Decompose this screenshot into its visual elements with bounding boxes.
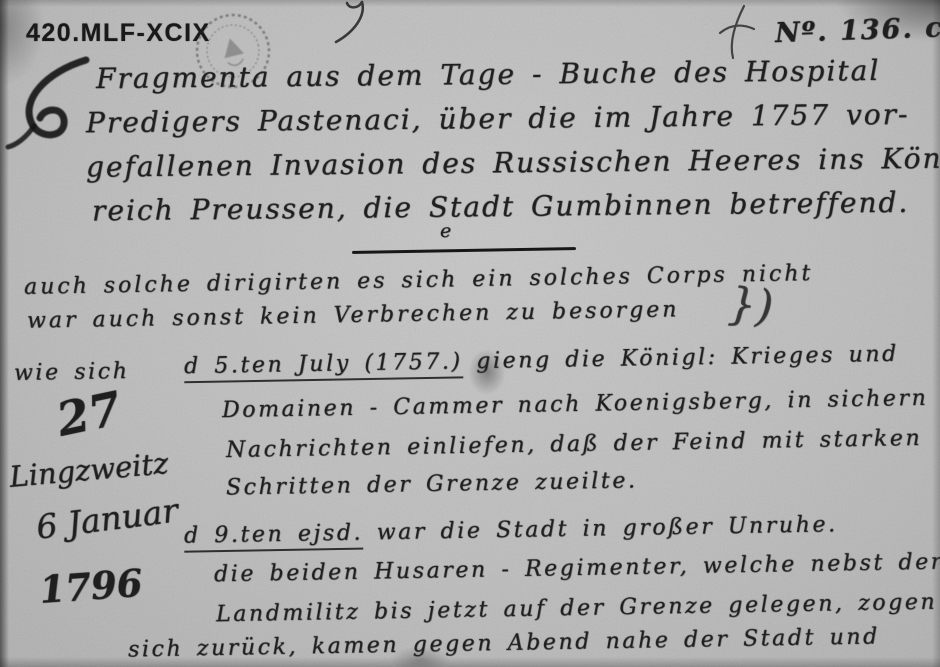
margin-note-place: Lingzweitz (8, 446, 170, 494)
entry2-line-4: sich zurück, kamen gegen Abend nahe der … (128, 624, 880, 662)
brace-flourish: }) (726, 278, 775, 332)
archive-code-label: 420.MLF-XCIX (26, 19, 211, 48)
document-number: Nº. 136. c. (775, 12, 940, 49)
entry1-date: d 5.ten July (1757.) (184, 349, 463, 383)
pen-flourish-icon (318, 0, 378, 52)
manuscript-scan: 420.MLF-XCIX Nº. 136. c. Fragmenta aus d… (0, 0, 940, 667)
entry2-line-1-rest: war die Stadt in großer Unruhe. (377, 512, 838, 545)
margin-note-date: 6 Januar (34, 491, 180, 547)
entry1-line-4: Schritten der Grenze zueilte. (226, 468, 638, 500)
margin-note-year: 1796 (38, 561, 144, 612)
heading-line-4: reich Preussen, die Stadt Gumbinnen betr… (92, 186, 910, 228)
heading-underline (352, 247, 576, 254)
entry2-date: d 9.ten ejsd. (184, 521, 364, 553)
body-intro-line-1: auch solche dirigirten es sich ein solch… (24, 261, 814, 300)
entry2-line-3: Landmilitz bis jetzt auf der Grenze gele… (216, 590, 938, 628)
entry2-line-1: d 9.ten ejsd. war die Stadt in großer Un… (184, 512, 838, 548)
entry1-line-2: Domainen - Cammer nach Koenigsberg, in s… (222, 386, 929, 423)
heading-line-3: gefallenen Invasion des Russischen Heere… (86, 141, 940, 183)
body-intro-line-2: war auch sonst kein Verbrechen zu besorg… (27, 297, 680, 333)
entry1-line-1-rest: gieng die Königl: Krieges und (476, 342, 899, 374)
heading-line-2: Predigers Pastenaci, über die im Jahre 1… (86, 98, 910, 140)
entry1-line-1: d 5.ten July (1757.) gieng die Königl: K… (184, 342, 899, 379)
initial-flourish-icon (4, 50, 99, 155)
check-flourish-icon (712, 2, 764, 62)
rule-flourish-mark: e (440, 220, 451, 242)
heading-line-1: Fragmenta aus dem Tage - Buche des Hospi… (96, 54, 881, 95)
margin-note-number: 27 (52, 381, 126, 447)
entry2-line-2: die beiden Husaren - Regimenter, welche … (214, 550, 940, 588)
entry1-line-3: Nachrichten einliefen, daß der Feind mit… (226, 426, 923, 463)
